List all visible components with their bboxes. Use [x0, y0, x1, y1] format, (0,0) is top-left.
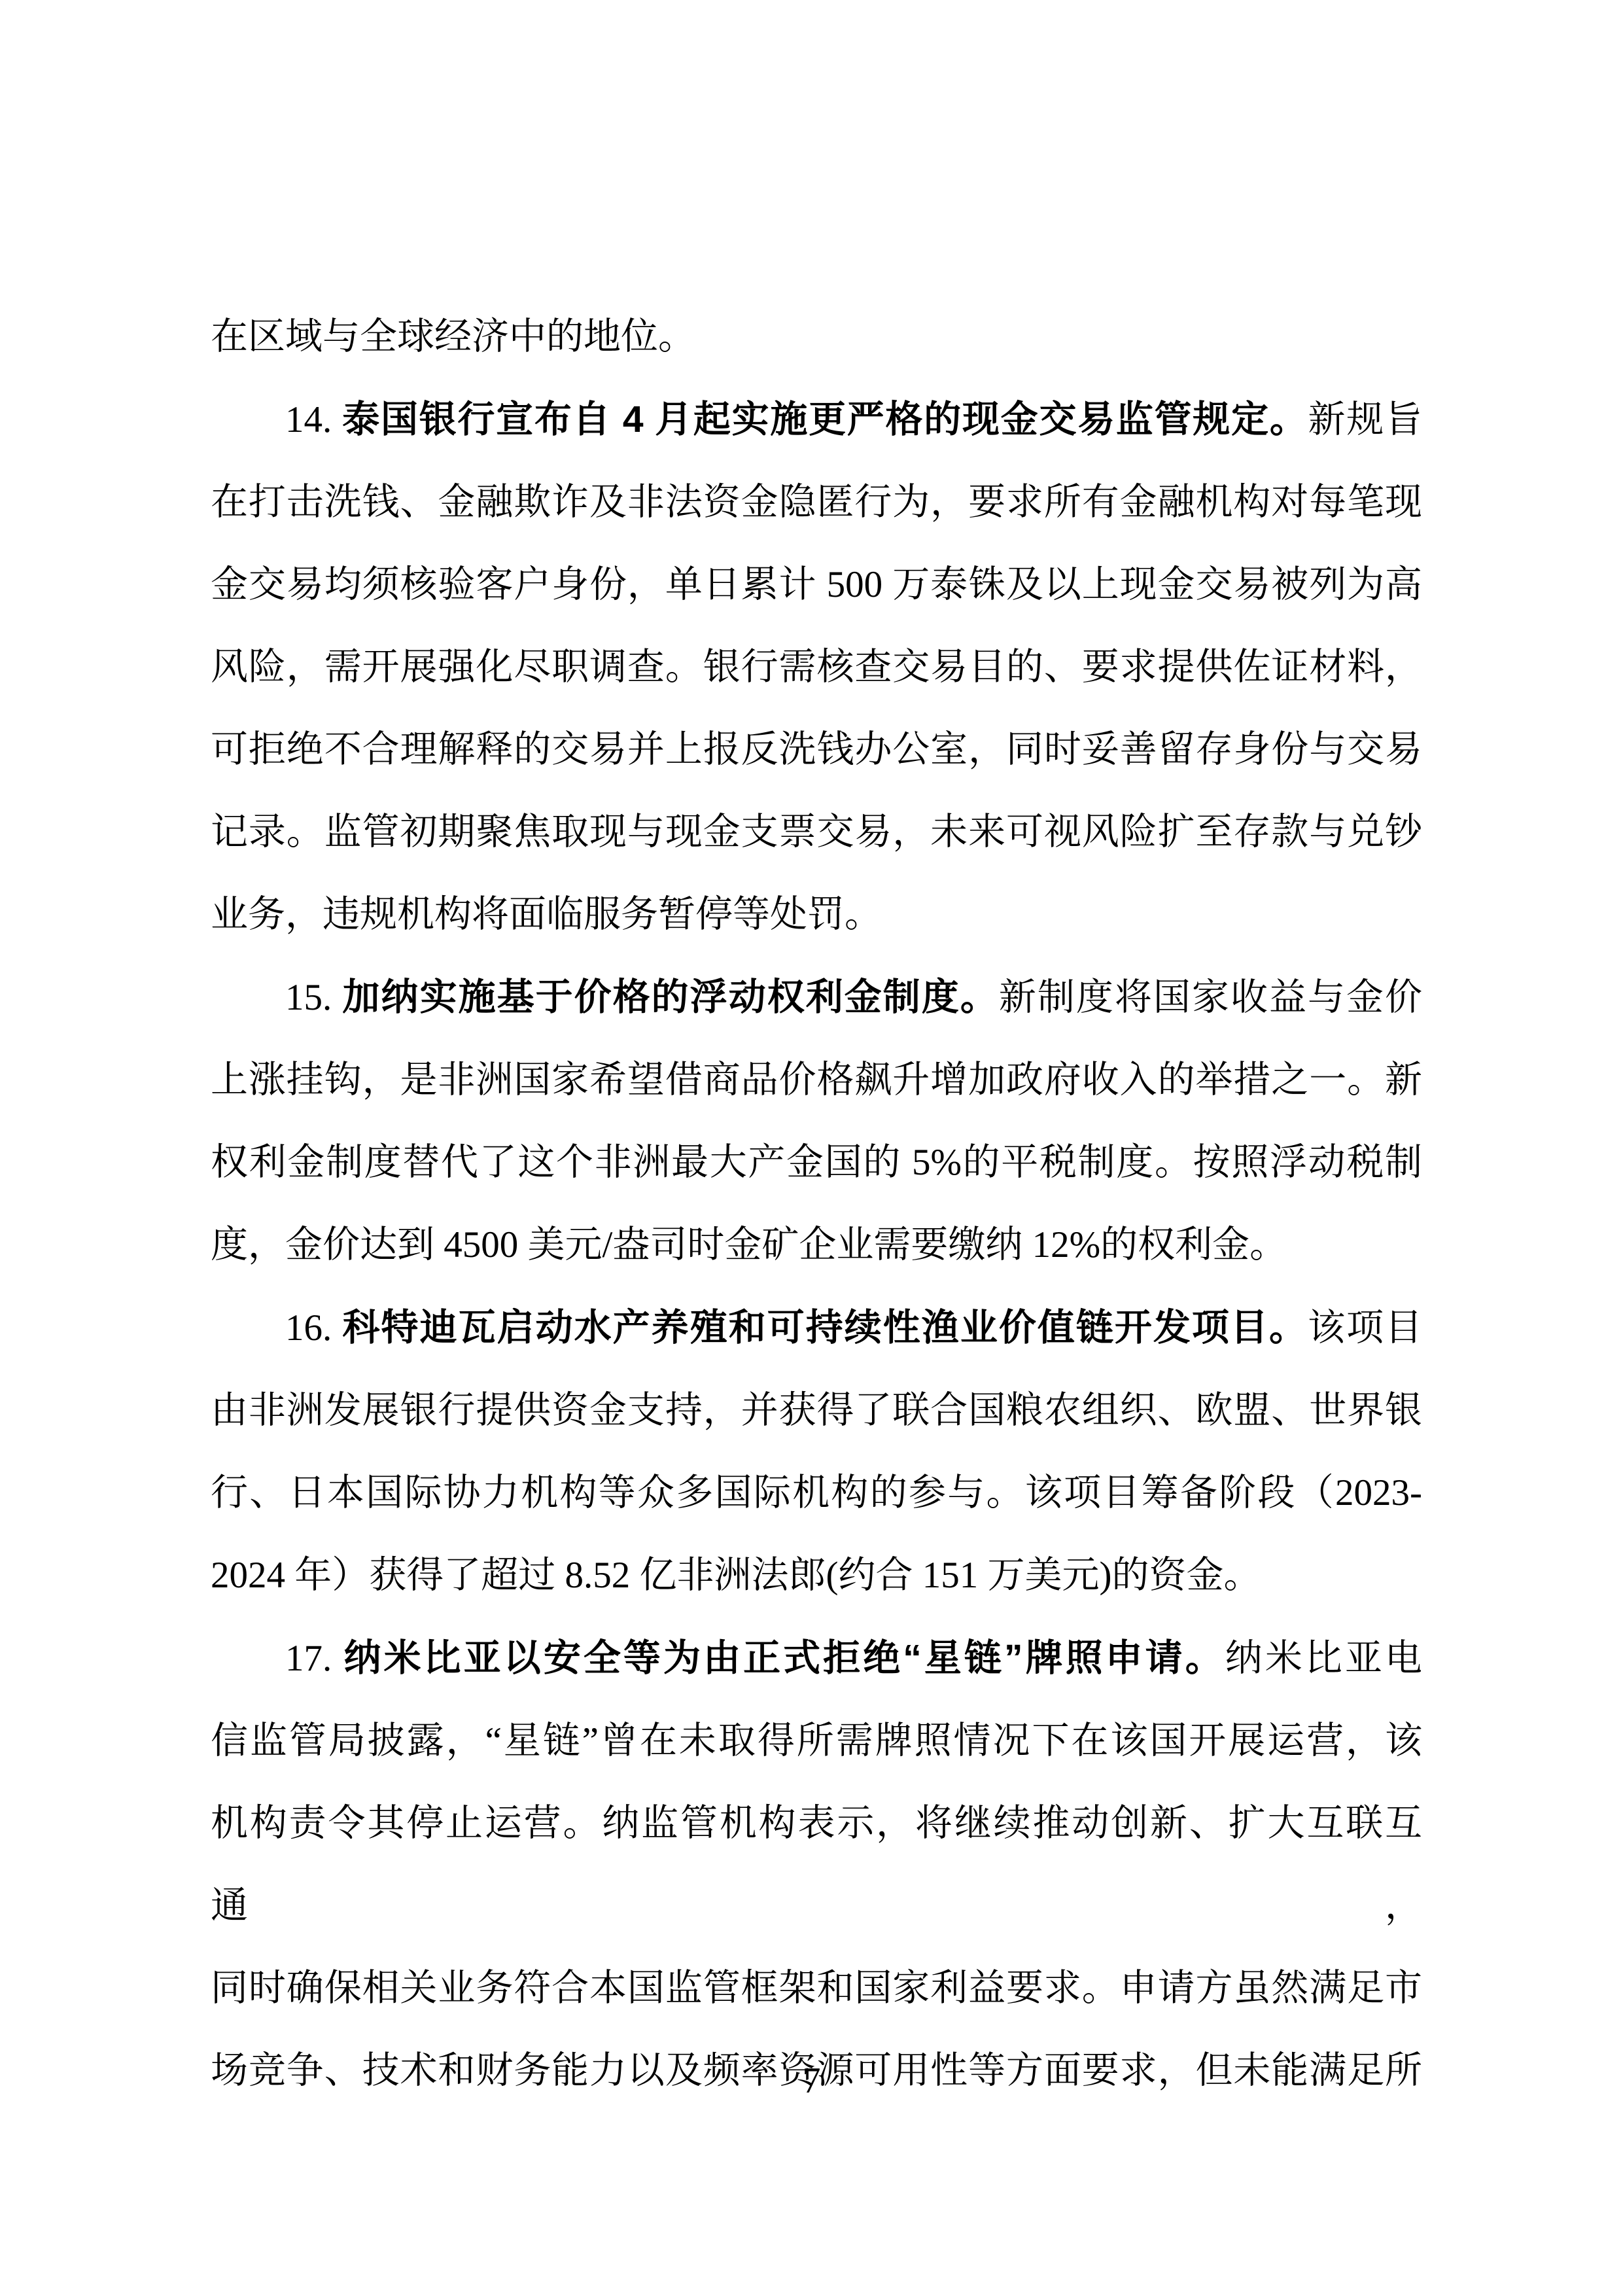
body-text: 纳米比亚电 — [1225, 1638, 1422, 1679]
text-line: 信监管局披露，“星链”曾在未取得所需牌照情况下在该国开展运营，该 — [211, 1700, 1422, 1782]
paragraph-number: 16. — [285, 1307, 343, 1349]
body-text: 同时确保相关业务符合本国监管框架和国家利益要求。申请方虽然满足市 — [211, 1968, 1422, 2009]
body-text: 上涨挂钩，是非洲国家希望借商品价格飙升增加政府收入的举措之一。新 — [211, 1059, 1422, 1101]
text-line: 风险，需开展强化尽职调查。银行需核查交易目的、要求提供佐证材料， — [211, 626, 1422, 709]
body-text: 行、日本国际协力机构等众多国际机构的参与。该项目筹备阶段（2023- — [211, 1472, 1422, 1513]
text-line: 在打击洗钱、金融欺诈及非法资金隐匿行为，要求所有金融机构对每笔现 — [211, 461, 1422, 544]
page-number: 7 — [0, 2060, 1623, 2102]
body-text: 金交易均须核验客户身份，单日累计 500 万泰铢及以上现金交易被列为高 — [211, 564, 1422, 605]
document-body: 在区域与全球经济中的地位。14. 泰国银行宣布自 4 月起实施更严格的现金交易监… — [211, 296, 1422, 2112]
paragraph-number: 14. — [285, 399, 342, 440]
text-line: 权利金制度替代了这个非洲最大产金国的 5%的平税制度。按照浮动税制 — [211, 1122, 1422, 1204]
body-text: 风险，需开展强化尽职调查。银行需核查交易目的、要求提供佐证材料， — [211, 646, 1422, 688]
body-text: 在区域与全球经济中的地位。 — [211, 316, 695, 357]
body-text: 机构责令其停止运营。纳监管机构表示，将继续推动创新、扩大互联互通， — [211, 1803, 1422, 1926]
body-text: 信监管局披露，“星链”曾在未取得所需牌照情况下在该国开展运营，该 — [211, 1720, 1422, 1761]
text-line: 度，金价达到 4500 美元/盎司时金矿企业需要缴纳 12%的权利金。 — [211, 1204, 1422, 1286]
text-line: 15. 加纳实施基于价格的浮动权利金制度。新制度将国家收益与金价 — [211, 956, 1422, 1039]
text-line: 2024 年）获得了超过 8.52 亿非洲法郎(约合 151 万美元)的资金。 — [211, 1534, 1422, 1617]
text-line: 上涨挂钩，是非洲国家希望借商品价格飙升增加政府收入的举措之一。新 — [211, 1039, 1422, 1122]
text-line: 在区域与全球经济中的地位。 — [211, 296, 1422, 378]
text-line: 机构责令其停止运营。纳监管机构表示，将继续推动创新、扩大互联互通， — [211, 1782, 1422, 1947]
body-text: 可拒绝不合理解释的交易并上报反洗钱办公室，同时妥善留存身份与交易 — [211, 729, 1422, 770]
paragraph-number: 17. — [285, 1638, 344, 1679]
text-line: 16. 科特迪瓦启动水产养殖和可持续性渔业价值链开发项目。该项目 — [211, 1286, 1422, 1369]
text-line: 业务，违规机构将面临服务暂停等处罚。 — [211, 874, 1422, 956]
body-text: 业务，违规机构将面临服务暂停等处罚。 — [211, 894, 882, 935]
body-text: 该项目 — [1308, 1307, 1422, 1349]
text-line: 同时确保相关业务符合本国监管框架和国家利益要求。申请方虽然满足市 — [211, 1947, 1422, 2030]
paragraph-heading: 纳米比亚以安全等为由正式拒绝“星链”牌照申请。 — [344, 1637, 1225, 1679]
text-line: 由非洲发展银行提供资金支持，并获得了联合国粮农组织、欧盟、世界银 — [211, 1369, 1422, 1452]
paragraph-heading: 加纳实施基于价格的浮动权利金制度。 — [343, 976, 999, 1018]
body-text: 记录。监管初期聚焦取现与现金支票交易，未来可视风险扩至存款与兑钞 — [211, 811, 1422, 853]
text-line: 可拒绝不合理解释的交易并上报反洗钱办公室，同时妥善留存身份与交易 — [211, 709, 1422, 791]
text-line: 14. 泰国银行宣布自 4 月起实施更严格的现金交易监管规定。新规旨 — [211, 378, 1422, 461]
body-text: 2024 年）获得了超过 8.52 亿非洲法郎(约合 151 万美元)的资金。 — [211, 1555, 1261, 1596]
text-line: 记录。监管初期聚焦取现与现金支票交易，未来可视风险扩至存款与兑钞 — [211, 791, 1422, 874]
paragraph-heading: 泰国银行宣布自 4 月起实施更严格的现金交易监管规定。 — [342, 398, 1308, 440]
document-page: 在区域与全球经济中的地位。14. 泰国银行宣布自 4 月起实施更严格的现金交易监… — [0, 0, 1623, 2296]
body-text: 度，金价达到 4500 美元/盎司时金矿企业需要缴纳 12%的权利金。 — [211, 1224, 1287, 1265]
body-text: 新规旨 — [1308, 399, 1422, 440]
text-line: 17. 纳米比亚以安全等为由正式拒绝“星链”牌照申请。纳米比亚电 — [211, 1617, 1422, 1700]
paragraph-number: 15. — [285, 977, 343, 1018]
text-line: 行、日本国际协力机构等众多国际机构的参与。该项目筹备阶段（2023- — [211, 1452, 1422, 1534]
body-text: 新制度将国家收益与金价 — [999, 977, 1422, 1018]
text-line: 金交易均须核验客户身份，单日累计 500 万泰铢及以上现金交易被列为高 — [211, 544, 1422, 626]
body-text: 由非洲发展银行提供资金支持，并获得了联合国粮农组织、欧盟、世界银 — [211, 1390, 1422, 1431]
body-text: 在打击洗钱、金融欺诈及非法资金隐匿行为，要求所有金融机构对每笔现 — [211, 482, 1422, 523]
body-text: 权利金制度替代了这个非洲最大产金国的 5%的平税制度。按照浮动税制 — [211, 1142, 1422, 1183]
paragraph-heading: 科特迪瓦启动水产养殖和可持续性渔业价值链开发项目。 — [343, 1307, 1308, 1349]
